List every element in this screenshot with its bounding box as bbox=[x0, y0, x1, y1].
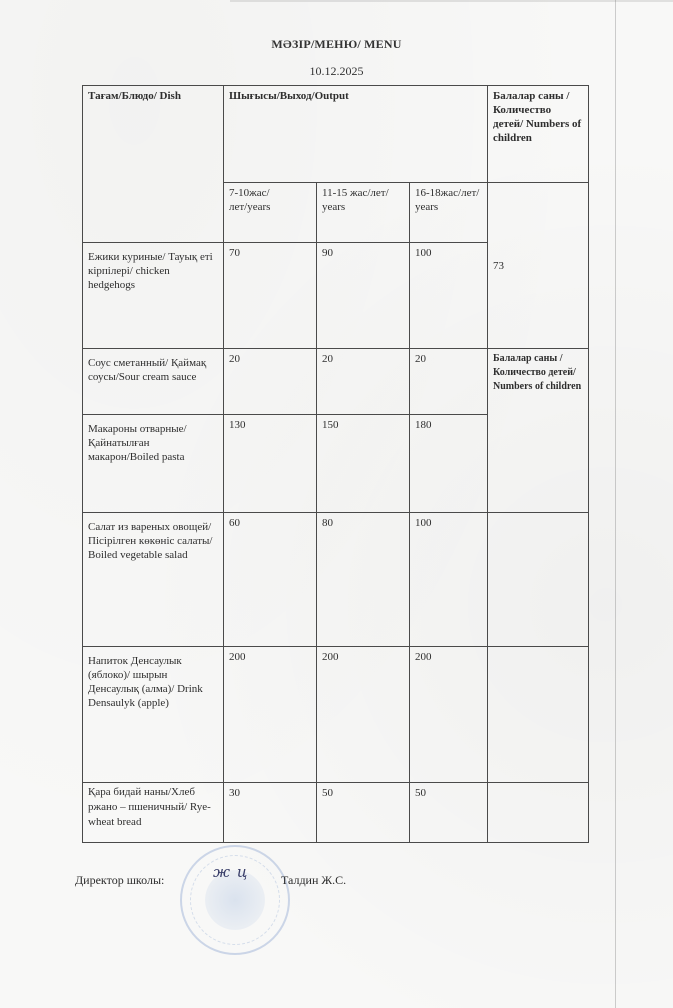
age-group-11-15: 11-15 жас/лет/ years bbox=[317, 183, 410, 243]
document-date: 10.12.2025 bbox=[0, 64, 673, 79]
age-group-7-10: 7-10жас/лет/years bbox=[224, 183, 317, 243]
portion-16-18: 200 bbox=[410, 647, 488, 783]
dish-name: Салат из вареных овощей/ Пісірілген көкө… bbox=[83, 513, 224, 647]
table-row: Қара бидай наны/Хлеб ржано – пшеничный/ … bbox=[83, 783, 589, 843]
portion-7-10: 200 bbox=[224, 647, 317, 783]
paper-fold-line bbox=[615, 0, 616, 1008]
header-output: Шығысы/Выход/Output bbox=[224, 86, 488, 183]
bleed-through-text: Балалар саны /Количество детей/ Numbers … bbox=[488, 349, 589, 513]
children-cell-empty bbox=[488, 513, 589, 647]
children-cell-empty bbox=[488, 783, 589, 843]
children-cell-empty bbox=[488, 647, 589, 783]
header-dish: Тағам/Блюдо/ Dish bbox=[83, 86, 224, 243]
portion-11-15: 50 bbox=[317, 783, 410, 843]
dish-name: Соус сметанный/ Қаймақ соусы/Sour cream … bbox=[83, 349, 224, 415]
portion-11-15: 20 bbox=[317, 349, 410, 415]
handwritten-signature: ж ц bbox=[213, 863, 248, 881]
portion-16-18: 100 bbox=[410, 243, 488, 349]
portion-11-15: 200 bbox=[317, 647, 410, 783]
portion-16-18: 50 bbox=[410, 783, 488, 843]
portion-16-18: 20 bbox=[410, 349, 488, 415]
portion-16-18: 100 bbox=[410, 513, 488, 647]
dish-name: Напиток Денсаулык (яблоко)/ шырын Денсау… bbox=[83, 647, 224, 783]
document-title: МӘЗІР/МЕНЮ/ MENU bbox=[0, 37, 673, 52]
portion-11-15: 80 bbox=[317, 513, 410, 647]
portion-7-10: 130 bbox=[224, 415, 317, 513]
portion-7-10: 60 bbox=[224, 513, 317, 647]
dish-name: Қара бидай наны/Хлеб ржано – пшеничный/ … bbox=[83, 783, 224, 843]
scan-edge bbox=[230, 0, 673, 2]
portion-7-10: 30 bbox=[224, 783, 317, 843]
dish-name: Ежики куриные/ Тауық еті кірпілері/ chic… bbox=[83, 243, 224, 349]
portion-7-10: 70 bbox=[224, 243, 317, 349]
signatory-label: Директор школы: bbox=[75, 873, 164, 888]
table-row: Напиток Денсаулык (яблоко)/ шырын Денсау… bbox=[83, 647, 589, 783]
table-row: Соус сметанный/ Қаймақ соусы/Sour cream … bbox=[83, 349, 589, 415]
age-group-16-18: 16-18жас/лет/ years bbox=[410, 183, 488, 243]
children-count: 73 bbox=[488, 183, 589, 349]
signatory-name: Талдин Ж.С. bbox=[281, 873, 346, 888]
portion-7-10: 20 bbox=[224, 349, 317, 415]
portion-16-18: 180 bbox=[410, 415, 488, 513]
dish-name: Макароны отварные/ Қайнатылған макарон/B… bbox=[83, 415, 224, 513]
portion-11-15: 150 bbox=[317, 415, 410, 513]
table-row: Салат из вареных овощей/ Пісірілген көкө… bbox=[83, 513, 589, 647]
table-header-row: Тағам/Блюдо/ Dish Шығысы/Выход/Output Ба… bbox=[83, 86, 589, 183]
header-children: Балалар саны /Количество детей/ Numbers … bbox=[488, 86, 589, 183]
menu-table: Тағам/Блюдо/ Dish Шығысы/Выход/Output Ба… bbox=[82, 85, 589, 843]
portion-11-15: 90 bbox=[317, 243, 410, 349]
